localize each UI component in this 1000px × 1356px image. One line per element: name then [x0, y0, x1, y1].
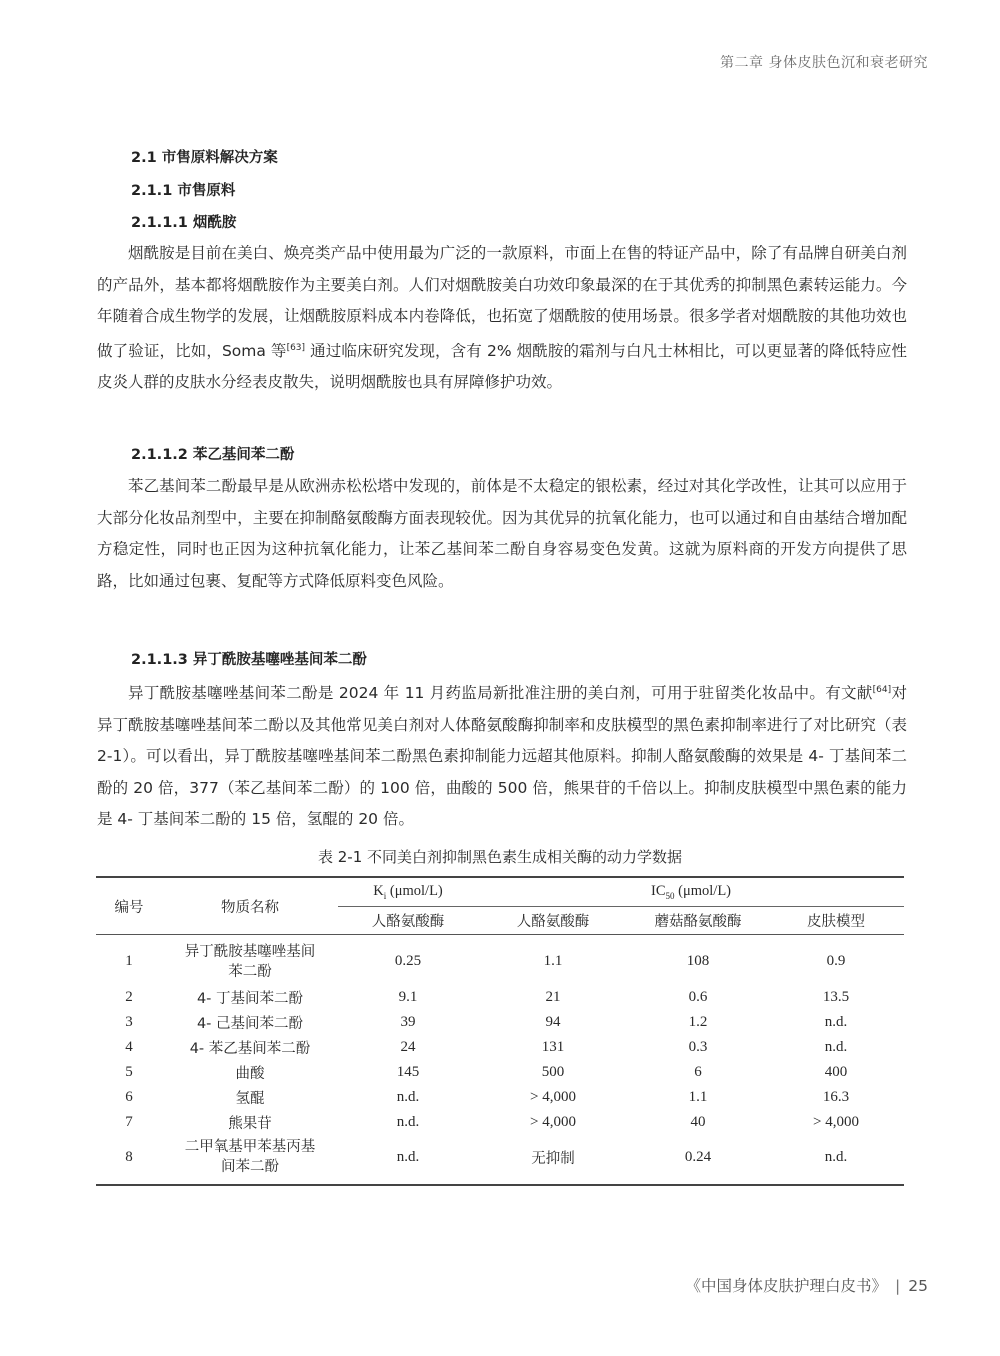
table-row: 2 4- 丁基间苯二酚 9.1 21 0.6 13.5	[96, 985, 904, 1010]
header-ki-human-tyrosinase: 人酪氨酸酶	[338, 907, 478, 935]
header-ic50-group: IC50 (μmol/L)	[478, 877, 904, 907]
page-footer: 《中国身体皮肤护理白皮书》|25	[686, 1274, 928, 1296]
heading-2-1-1: 2.1.1 市售原料	[131, 179, 235, 200]
table-row: 7 熊果苷 n.d. > 4,000 40 > 4,000	[96, 1110, 904, 1135]
book-title: 《中国身体皮肤护理白皮书》	[686, 1277, 888, 1295]
page-number: 25	[908, 1277, 928, 1295]
citation-63: [63]	[287, 343, 305, 353]
table-row: 3 4- 己基间苯二酚 39 94 1.2 n.d.	[96, 1010, 904, 1035]
header-ic50-human-tyrosinase: 人酪氨酸酶	[478, 907, 628, 935]
paragraph-niacinamide: 烟酰胺是目前在美白、焕亮类产品中使用最为广泛的一款原料，市面上在售的特证产品中，…	[97, 238, 907, 399]
heading-2-1-1-1: 2.1.1.1 烟酰胺	[131, 211, 236, 232]
table-row: 8 二甲氧基甲苯基丙基间苯二酚 n.d. 无抑制 0.24 n.d.	[96, 1135, 904, 1185]
heading-2-1-1-2: 2.1.1.2 苯乙基间苯二酚	[131, 443, 294, 464]
heading-2-1: 2.1 市售原料解决方案	[131, 146, 278, 167]
paragraph-phenylethyl-resorcinol: 苯乙基间苯二酚最早是从欧洲赤松松塔中发现的，前体是不太稳定的银松素，经过对其化学…	[97, 471, 907, 597]
table-row: 1 异丁酰胺基噻唑基间苯二酚 0.25 1.1 108 0.9	[96, 935, 904, 985]
table-caption: 表 2-1 不同美白剂抑制黑色素生成相关酶的动力学数据	[0, 846, 1000, 867]
table-row: 6 氢醌 n.d. > 4,000 1.1 16.3	[96, 1085, 904, 1110]
paragraph-thiamidol: 异丁酰胺基噻唑基间苯二酚是 2024 年 11 月药监局新批准注册的美白剂，可用…	[97, 675, 907, 836]
table-row: 4 4- 苯乙基间苯二酚 24 131 0.3 n.d.	[96, 1035, 904, 1060]
header-ic50-mushroom-tyrosinase: 蘑菇酪氨酸酶	[628, 907, 768, 935]
running-head: 第二章 身体皮肤色沉和衰老研究	[720, 52, 928, 72]
kinetics-table: 编号 物质名称 Ki (μmol/L) IC50 (μmol/L) 人酪氨酸酶 …	[96, 876, 904, 1186]
citation-64: [64]	[873, 685, 891, 695]
table-row: 5 曲酸 145 500 6 400	[96, 1060, 904, 1085]
header-id: 编号	[96, 877, 162, 935]
header-name: 物质名称	[162, 877, 338, 935]
header-ki-group: Ki (μmol/L)	[338, 877, 478, 907]
heading-2-1-1-3: 2.1.1.3 异丁酰胺基噻唑基间苯二酚	[131, 648, 367, 669]
footer-separator: |	[895, 1277, 900, 1295]
header-ic50-skin-model: 皮肤模型	[768, 907, 904, 935]
